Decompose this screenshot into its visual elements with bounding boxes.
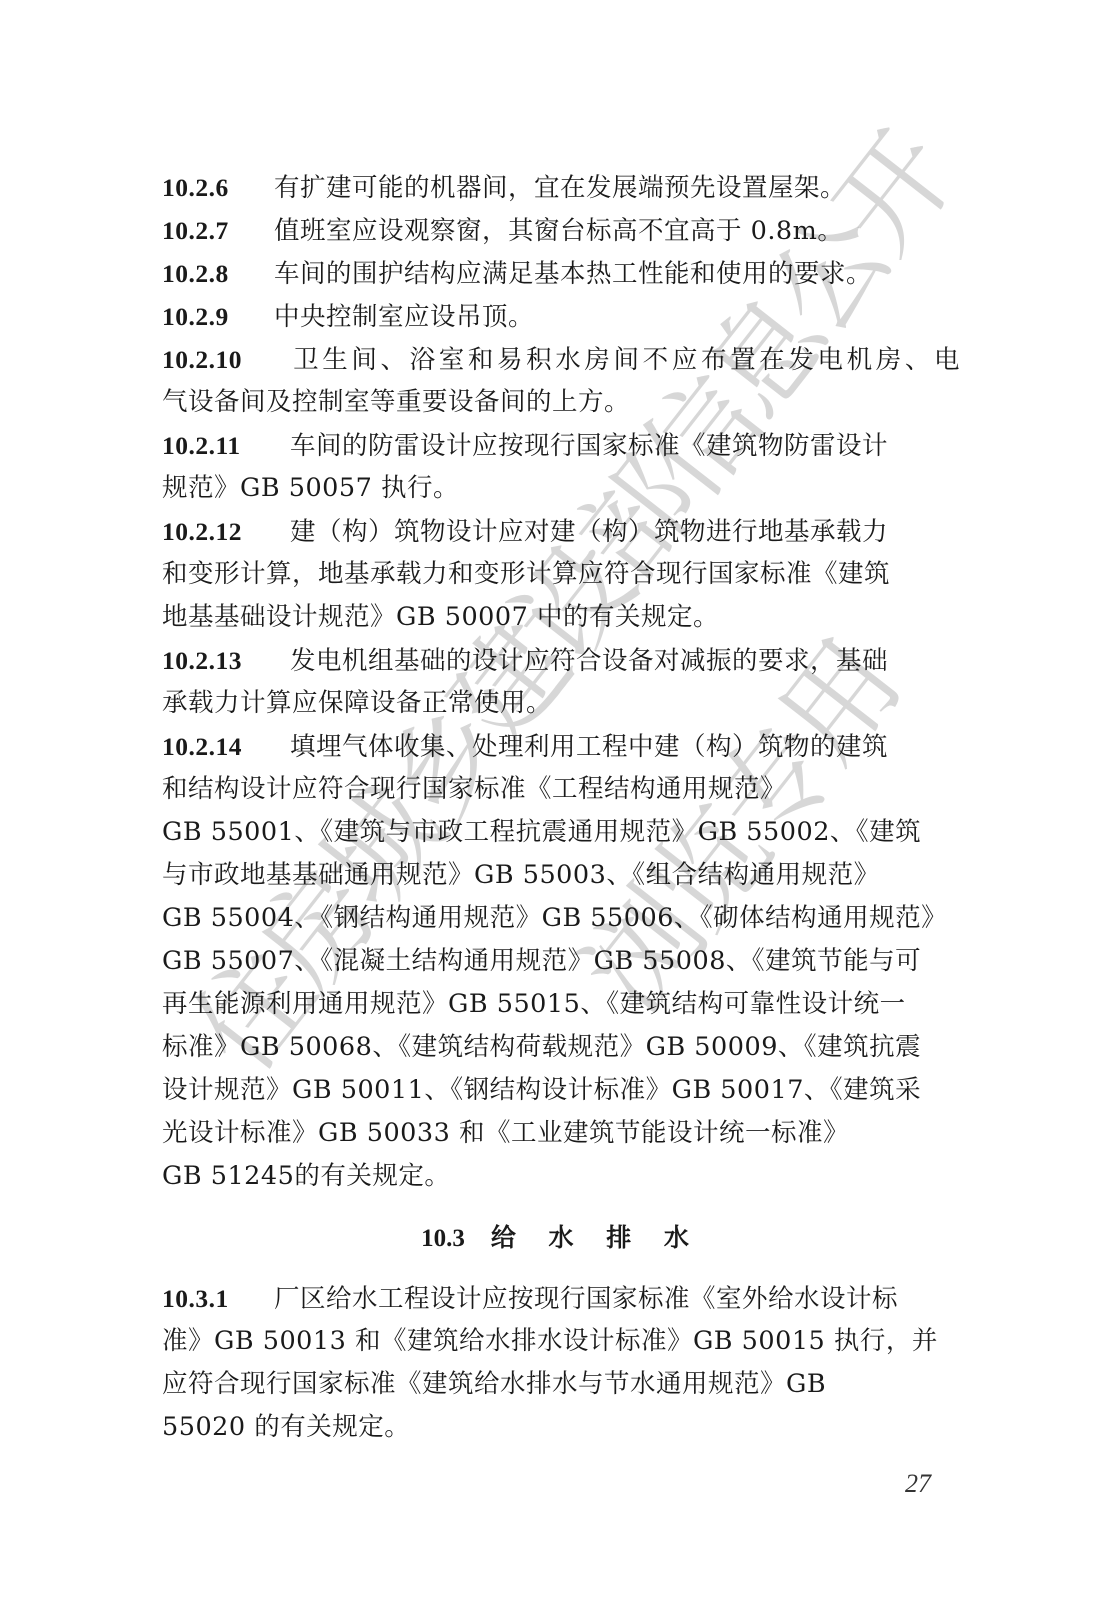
- clause-continuation: 准》GB 50013 和《建筑给水排水设计标准》GB 50015 执行，并: [162, 1320, 960, 1363]
- clause-continuation: 55020 的有关规定。: [162, 1406, 960, 1449]
- clause-number: 10.3.1: [162, 1277, 274, 1320]
- clause-continuation: 地基基础设计规范》GB 50007 中的有关规定。: [162, 596, 960, 639]
- clause-continuation: 再生能源利用通用规范》GB 55015、《建筑结构可靠性设计统一: [162, 983, 960, 1026]
- clause-10-2-14: 10.2.14填埋气体收集、处理利用工程中建（构）筑物的建筑: [162, 725, 960, 768]
- clause-continuation: 标准》GB 50068、《建筑结构荷载规范》GB 50009、《建筑抗震: [162, 1026, 960, 1069]
- section-title: 给 水 排 水: [491, 1223, 701, 1252]
- clause-10-2-8: 10.2.8车间的围护结构应满足基本热工性能和使用的要求。: [162, 252, 960, 295]
- clause-10-2-7: 10.2.7值班室应设观察窗，其窗台标高不宜高于 0.8m。: [162, 209, 960, 252]
- clause-text: 发电机组基础的设计应符合设备对减振的要求，基础: [290, 646, 888, 676]
- clause-text: 厂区给水工程设计应按现行国家标准《室外给水设计标: [274, 1284, 898, 1314]
- clause-continuation: 应符合现行国家标准《建筑给水排水与节水通用规范》GB: [162, 1363, 960, 1406]
- clause-number: 10.2.8: [162, 252, 274, 295]
- clause-number: 10.2.6: [162, 166, 274, 209]
- clause-text: 车间的防雷设计应按现行国家标准《建筑物防雷设计: [290, 431, 888, 461]
- clause-continuation: GB 55001、《建筑与市政工程抗震通用规范》GB 55002、《建筑: [162, 811, 960, 854]
- clause-continuation: GB 55007、《混凝土结构通用规范》GB 55008、《建筑节能与可: [162, 940, 960, 983]
- clause-number: 10.2.13: [162, 639, 290, 682]
- clause-text: 值班室应设观察窗，其窗台标高不宜高于 0.8m。: [274, 216, 843, 246]
- clause-continuation: 和结构设计应符合现行国家标准《工程结构通用规范》: [162, 768, 960, 811]
- page-number: 27: [905, 1469, 931, 1499]
- clause-continuation: 光设计标准》GB 50033 和《工业建筑节能设计统一标准》: [162, 1112, 960, 1155]
- clause-10-2-12: 10.2.12建（构）筑物设计应对建（构）筑物进行地基承载力: [162, 510, 960, 553]
- section-number: 10.3: [421, 1225, 465, 1252]
- clause-text: 有扩建可能的机器间，宜在发展端预先设置屋架。: [274, 173, 846, 203]
- clause-continuation: 规范》GB 50057 执行。: [162, 467, 960, 510]
- clause-10-2-9: 10.2.9中央控制室应设吊顶。: [162, 295, 960, 338]
- clause-text: 填埋气体收集、处理利用工程中建（构）筑物的建筑: [290, 732, 888, 762]
- clause-text: 中央控制室应设吊顶。: [274, 302, 534, 332]
- clause-number: 10.2.9: [162, 295, 274, 338]
- clause-number: 10.2.14: [162, 725, 290, 768]
- clause-number: 10.2.11: [162, 424, 290, 467]
- clause-continuation: 气设备间及控制室等重要设备间的上方。: [162, 381, 960, 424]
- clause-text: 建（构）筑物设计应对建（构）筑物进行地基承载力: [290, 517, 888, 547]
- clause-text: 卫生间、浴室和易积水房间不应布置在发电机房、电: [290, 345, 960, 375]
- clause-continuation: GB 51245的有关规定。: [162, 1155, 960, 1198]
- clause-10-2-6: 10.2.6有扩建可能的机器间，宜在发展端预先设置屋架。: [162, 166, 960, 209]
- document-page: 住房城乡建设部信息公开 浏览专用 10.2.6有扩建可能的机器间，宜在发展端预先…: [0, 0, 1103, 1597]
- clause-10-2-10: 10.2.10卫生间、浴室和易积水房间不应布置在发电机房、电: [162, 338, 960, 381]
- clause-10-3-1: 10.3.1厂区给水工程设计应按现行国家标准《室外给水设计标: [162, 1277, 960, 1320]
- clause-number: 10.2.12: [162, 510, 290, 553]
- clause-number: 10.2.10: [162, 338, 290, 381]
- page-content: 10.2.6有扩建可能的机器间，宜在发展端预先设置屋架。 10.2.7值班室应设…: [162, 166, 960, 1449]
- clause-continuation: 和变形计算，地基承载力和变形计算应符合现行国家标准《建筑: [162, 553, 960, 596]
- clause-continuation: 与市政地基基础通用规范》GB 55003、《组合结构通用规范》: [162, 854, 960, 897]
- section-heading: 10.3给 水 排 水: [162, 1216, 960, 1259]
- clause-10-2-11: 10.2.11车间的防雷设计应按现行国家标准《建筑物防雷设计: [162, 424, 960, 467]
- clause-continuation: 承载力计算应保障设备正常使用。: [162, 682, 960, 725]
- clause-10-2-13: 10.2.13发电机组基础的设计应符合设备对减振的要求，基础: [162, 639, 960, 682]
- clause-number: 10.2.7: [162, 209, 274, 252]
- clause-text: 车间的围护结构应满足基本热工性能和使用的要求。: [274, 259, 872, 289]
- clause-continuation: GB 55004、《钢结构通用规范》GB 55006、《砌体结构通用规范》: [162, 897, 960, 940]
- clause-continuation: 设计规范》GB 50011、《钢结构设计标准》GB 50017、《建筑采: [162, 1069, 960, 1112]
